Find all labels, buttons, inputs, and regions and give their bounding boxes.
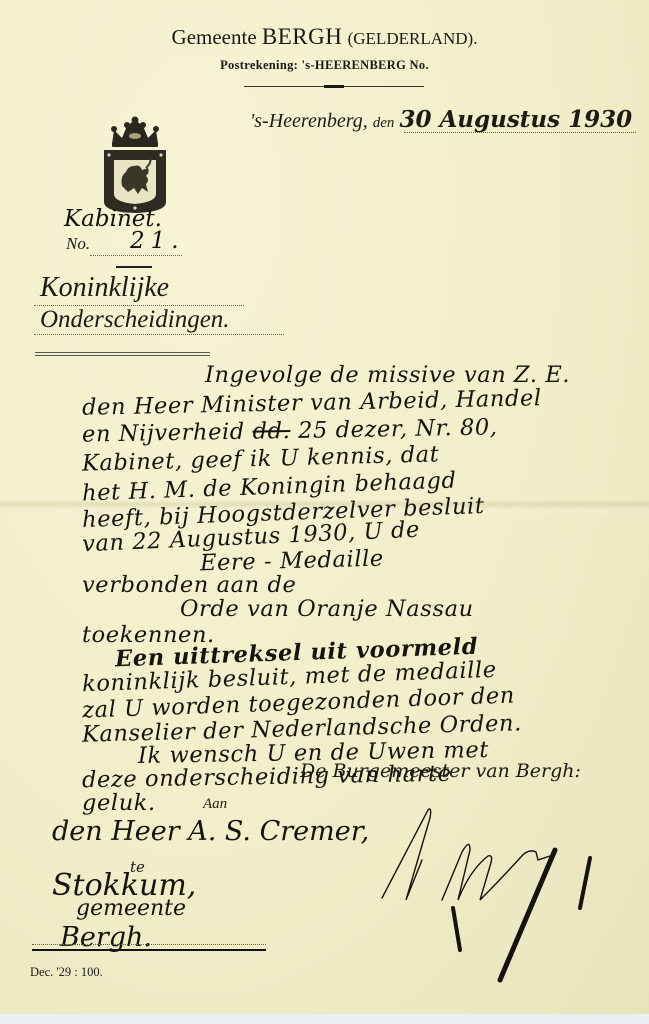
addressee-name: den Heer A. S. Cremer, (52, 816, 369, 847)
scan-bottom-edge (0, 1014, 649, 1024)
aan-label: Aan (203, 796, 227, 813)
place-date: 's-Heerenberg, den 30 Augustus 1930 (250, 106, 632, 133)
separator-rule (116, 266, 152, 268)
address-rule (32, 949, 266, 951)
date-dotted-line (404, 132, 636, 133)
letterhead-title: Gemeente BERGH (GELDERLAND). (0, 24, 649, 50)
date: 30 Augustus 1930 (399, 106, 632, 133)
municipality-prefix: Gemeente (172, 25, 257, 49)
letter-paper: Gemeente BERGH (GELDERLAND). Postrekenin… (0, 0, 649, 1016)
place: 's-Heerenberg, (250, 110, 368, 132)
signatory-title: De Burgemeester van Bergh: (300, 760, 581, 782)
coat-of-arms-crowned-lion-icon (100, 116, 170, 214)
body-line: geluk. (82, 790, 156, 816)
subject-dotted-line-1 (34, 305, 244, 306)
subject-line-2: Onderscheidingen. (40, 306, 230, 334)
print-code: Dec. '29 : 100. (30, 965, 103, 980)
subject-line-1: Koninklijke (40, 272, 169, 304)
number-label: No. (66, 234, 90, 254)
body-line: verbonden aan de (82, 572, 296, 598)
municipality-name: BERGH (262, 24, 342, 49)
subject-dotted-line-2 (34, 334, 284, 335)
den-label: den (373, 115, 395, 131)
gemeente-label: gemeente (76, 896, 186, 921)
letterhead-rule-mark (324, 85, 344, 88)
handwritten-signature-icon (370, 800, 610, 990)
province: (GELDERLAND). (348, 29, 478, 48)
body-line: Ingevolge de missive van Z. E. (205, 362, 570, 388)
number-dotted-line (90, 255, 182, 256)
address-dotted-line (32, 944, 266, 945)
subject-double-rule (35, 352, 210, 356)
body-line: Orde van Oranje Nassau (180, 596, 474, 622)
strikethrough-word: dd. (252, 418, 290, 445)
postrekening: Postrekening: 's-HEERENBERG No. (0, 58, 649, 73)
number-value: 21. (130, 228, 185, 254)
